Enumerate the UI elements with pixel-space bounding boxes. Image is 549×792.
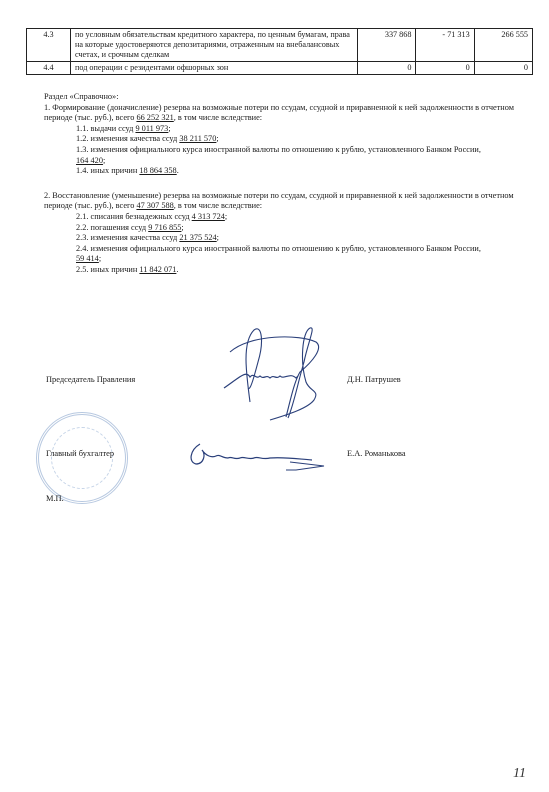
reference-section: Раздел «Справочно»: 1. Формирование (дон… [44, 92, 534, 276]
section-1-text: 1. Формирование (доначисление) резерва н… [44, 103, 514, 123]
page-number: 11 [513, 766, 526, 782]
section-2-heading: 2. Восстановление (уменьшение) резерва н… [44, 191, 534, 212]
table-row: 4.4 под операции с резидентами офшорных … [27, 62, 533, 75]
row-value-2: 0 [416, 62, 474, 75]
table-row: 4.3 по условным обязательствам кредитног… [27, 29, 533, 62]
section-2-text: 2. Восстановление (уменьшение) резерва н… [44, 191, 514, 211]
reserve-table: 4.3 по условным обязательствам кредитног… [26, 28, 533, 75]
section-1-suffix: , в том числе вследствие: [174, 113, 262, 122]
row-index: 4.4 [27, 62, 71, 75]
chairman-signature [220, 322, 340, 422]
row-value-2: - 71 313 [416, 29, 474, 62]
section-2-suffix: , в том числе вследствие: [174, 201, 262, 210]
section-1-item: 1.2. изменения качества ссуд 38 211 570; [44, 134, 534, 145]
row-value-1: 0 [358, 62, 416, 75]
row-value-3: 0 [474, 62, 532, 75]
official-stamp [36, 412, 128, 504]
row-description: под операции с резидентами офшорных зон [70, 62, 357, 75]
row-value-1: 337 868 [358, 29, 416, 62]
accountant-signature [186, 440, 326, 474]
chairman-name: Д.Н. Патрушев [347, 375, 401, 384]
reference-title: Раздел «Справочно»: [44, 92, 534, 103]
row-description: по условным обязательствам кредитного ха… [70, 29, 357, 62]
section-1-item: 1.1. выдачи ссуд 9 011 973; [44, 124, 534, 135]
section-1-total: 66 252 321 [136, 113, 173, 122]
accountant-title: Главный бухгалтер [46, 449, 114, 458]
section-1-item: 1.3. изменения официального курса иностр… [44, 145, 534, 166]
section-2-item: 2.2. погашения ссуд 9 716 855; [44, 223, 534, 234]
section-2-item: 2.4. изменения официального курса иностр… [44, 244, 534, 265]
section-1-item: 1.4. иных причин 18 864 358. [44, 166, 534, 177]
chairman-title: Председатель Правления [46, 375, 135, 384]
section-2-item: 2.3. изменения качества ссуд 21 375 524; [44, 233, 534, 244]
section-2-total: 47 307 588 [136, 201, 173, 210]
section-2-item: 2.5. иных причин 11 842 071. [44, 265, 534, 276]
section-1-heading: 1. Формирование (доначисление) резерва н… [44, 103, 534, 124]
section-2-item: 2.1. списания безнадежных ссуд 4 313 724… [44, 212, 534, 223]
row-index: 4.3 [27, 29, 71, 62]
stamp-place-label: М.П. [46, 494, 64, 503]
row-value-3: 266 555 [474, 29, 532, 62]
accountant-name: Е.А. Романькова [347, 449, 406, 458]
